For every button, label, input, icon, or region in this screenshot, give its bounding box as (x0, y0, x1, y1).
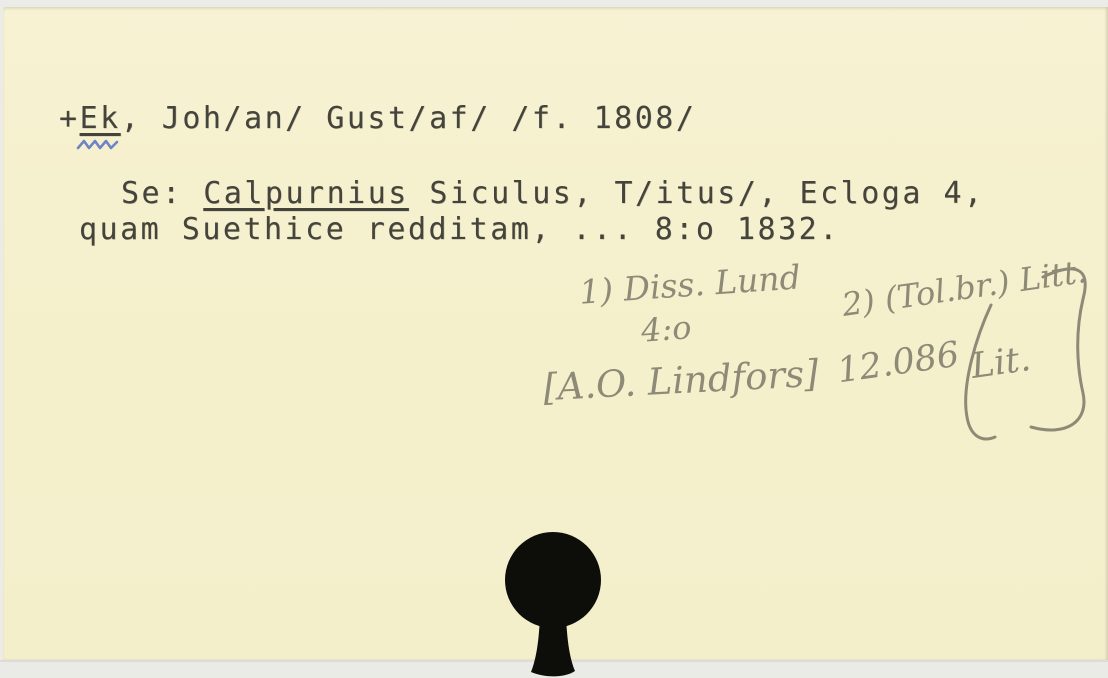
see-name: Calpurnius (203, 176, 409, 211)
handwritten-note-format: 4:o (640, 308, 693, 349)
heading-name: Ek (80, 101, 121, 136)
heading-rest: , Joh/an/ Gust/af/ /f. 1808/ (121, 101, 697, 136)
wavy-underline-icon (76, 137, 124, 153)
handwritten-note-dissertation: 1) Diss. Lund (578, 257, 802, 311)
see-reference-line: Se: Calpurnius Siculus, T/itus/, Ecloga … (121, 176, 985, 211)
handwritten-note-author: [A.O. Lindfors] (542, 352, 819, 409)
heading-line: +Ek, Joh/an/ Gust/af/ /f. 1808/ (59, 101, 696, 136)
see-reference-line2: quam Suethice redditam, ... 8:o 1832. (79, 212, 840, 247)
punch-hole (490, 525, 620, 678)
heading-prefix: + (59, 101, 80, 136)
scanned-catalog-card: +Ek, Joh/an/ Gust/af/ /f. 1808/ Se: Calp… (0, 0, 1108, 678)
handwritten-bracket-right (1003, 255, 1108, 455)
see-label: Se: (121, 176, 203, 211)
see-rest: Siculus, T/itus/, Ecloga 4, (409, 176, 985, 211)
